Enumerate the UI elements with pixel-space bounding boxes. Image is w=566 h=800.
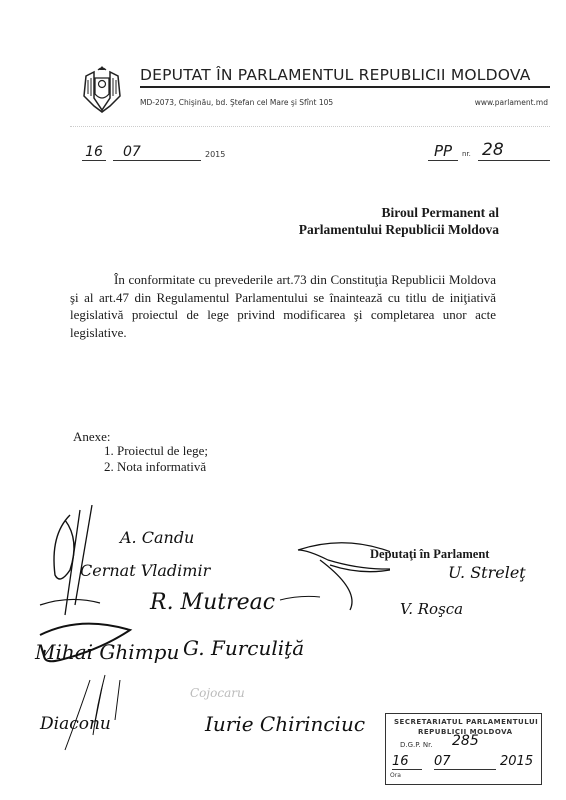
signature-name: V. Roşca: [400, 600, 463, 618]
moldova-coat-of-arms-icon: [80, 62, 124, 114]
annex-item: 2. Nota informativă: [104, 459, 208, 475]
date-day: 16: [82, 144, 106, 161]
recipient-line-1: Biroul Permanent al: [299, 204, 499, 221]
body-paragraph: În conformitate cu prevederile art.73 di…: [70, 271, 496, 341]
signature-name: Diaconu: [40, 714, 111, 734]
date-year: 2015: [205, 150, 225, 159]
stamp-line-1: SECRETARIATUL PARLAMENTULUI: [394, 718, 538, 726]
stamp-dgp-number: 285: [452, 733, 479, 749]
stamp-year: 2015: [500, 754, 533, 769]
letterhead-title: DEPUTAT ÎN PARLAMENTUL REPUBLICII MOLDOV…: [140, 66, 531, 84]
signature-name: R. Mutreac: [150, 590, 275, 615]
signature-name: Iurie Chirinciuc: [205, 712, 365, 736]
signature-name: Cojocaru: [190, 686, 245, 700]
registration-prefix: PP: [428, 142, 458, 161]
annexes-list: 1. Proiectul de lege; 2. Nota informativ…: [104, 443, 208, 474]
signature-name: Mihai Ghimpu: [35, 640, 179, 664]
recipient: Biroul Permanent al Parlamentului Republ…: [299, 204, 499, 238]
recipient-line-2: Parlamentului Republicii Moldova: [299, 221, 499, 238]
signature-name: G. Furculiţă: [183, 636, 304, 660]
registration-nr-label: nr.: [462, 150, 471, 158]
signature-name: A. Candu: [120, 528, 194, 547]
signature-name: Cernat Vladimir: [80, 561, 210, 580]
signature-name: U. Streleţ: [448, 563, 526, 582]
registration-stamp: SECRETARIATUL PARLAMENTULUI REPUBLICII M…: [385, 713, 542, 785]
body-text: În conformitate cu prevederile art.73 di…: [70, 272, 496, 340]
stamp-month: 07: [434, 754, 496, 770]
stamp-dgp-label: D.G.P. Nr.: [400, 741, 433, 749]
stamp-day: 16: [392, 754, 422, 770]
letterhead-address: MD-2073, Chişinău, bd. Ştefan cel Mare ş…: [140, 98, 333, 107]
letterhead-website: www.parlament.md: [475, 98, 548, 107]
letterhead-divider: [70, 126, 550, 127]
date-month: 07: [113, 144, 201, 161]
stamp-ora-label: Ora: [390, 772, 401, 779]
letterhead-rule: [140, 86, 550, 88]
annex-item: 1. Proiectul de lege;: [104, 443, 208, 459]
registration-number: 28: [478, 140, 550, 161]
